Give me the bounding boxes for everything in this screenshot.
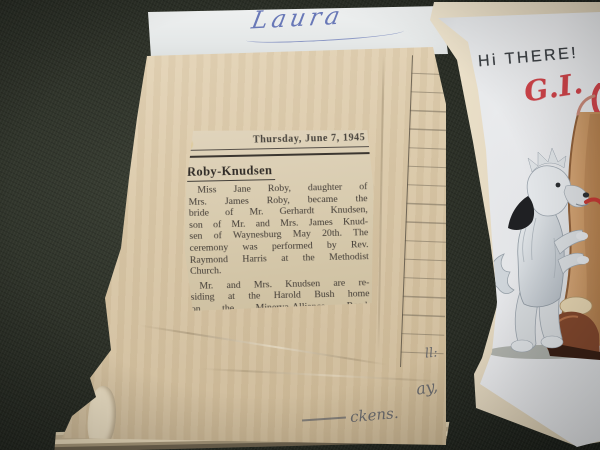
clipping-paragraph-2: Mr. and Mrs. Knudsen are re-siding at th… <box>190 277 370 316</box>
dog-tail <box>490 254 514 294</box>
ledger-ruling <box>400 55 455 368</box>
pencil-fragment: ckens. <box>349 404 399 426</box>
scrapbook-page: Thursday, June 7, 1945 Roby-Knudsen Miss… <box>50 44 450 448</box>
page-crease <box>377 54 384 354</box>
pencil-fragment: ay, <box>415 376 440 398</box>
greeting-card: Hi THERE! G.I. <box>420 0 600 450</box>
card-greeting-text: Hi THERE! <box>477 45 579 72</box>
clipping-date: Thursday, June 7, 1945 <box>181 132 365 147</box>
clipping-headline: Roby-Knudsen <box>187 163 276 182</box>
dog-eye <box>556 183 561 188</box>
newspaper-clipping: Thursday, June 7, 1945 Roby-Knudsen Miss… <box>181 126 376 312</box>
dog-illustration <box>478 88 600 366</box>
dog-nose <box>583 192 589 197</box>
photo-of-scrapbook: Laura Thursday, June 7, 1945 Roby-Knudse… <box>0 0 600 450</box>
clipping-line: on the Minerva-Alliance Road. <box>191 300 370 315</box>
page-crease <box>200 368 440 383</box>
pencil-fragment: ll: <box>424 345 438 361</box>
pencil-dash <box>302 416 346 421</box>
page-crease <box>139 324 386 365</box>
clipping-line: Church. <box>190 262 369 277</box>
clipping-paragraph-1: Miss Jane Roby, daughter ofMrs. James Ro… <box>188 181 369 277</box>
